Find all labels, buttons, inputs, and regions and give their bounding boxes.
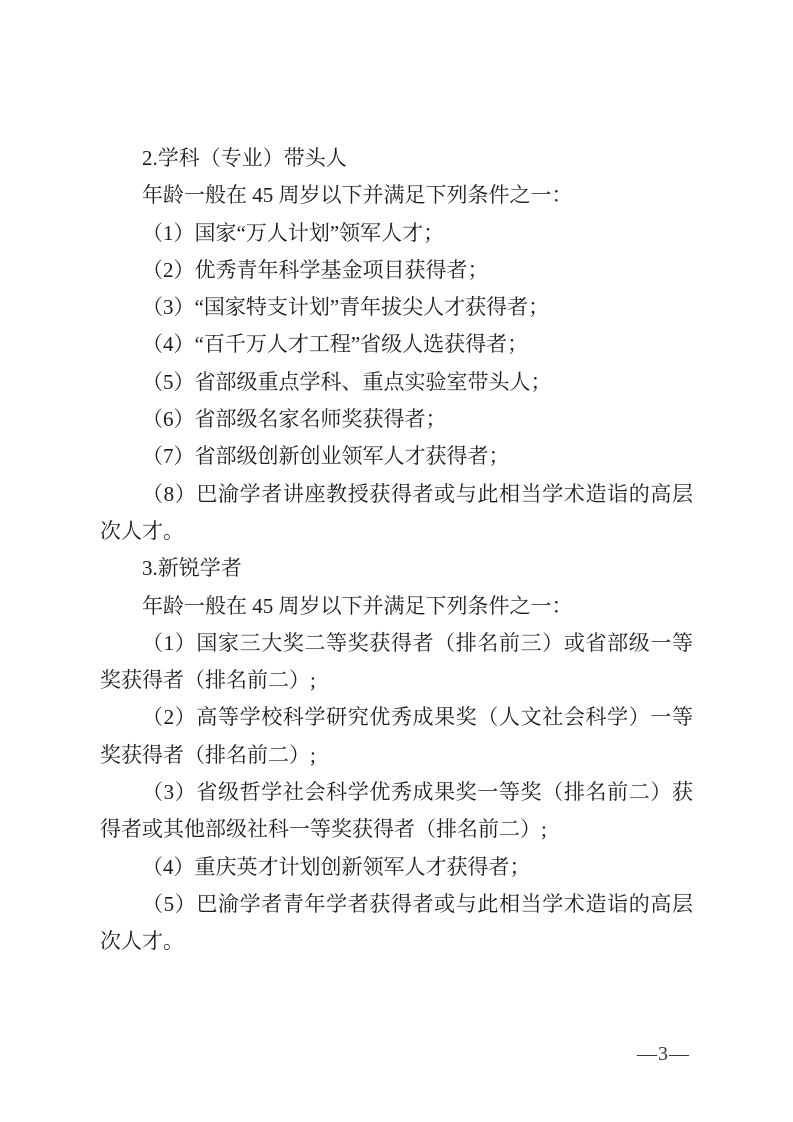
list-item: （3）“国家特支计划”青年拔尖人才获得者；: [100, 289, 693, 326]
document-page: 2.学科（专业）带头人 年龄一般在 45 周岁以下并满足下列条件之一： （1）国…: [0, 0, 793, 1122]
list-item: （1）国家“万人计划”领军人才；: [100, 215, 693, 252]
list-item: （6）省部级名家名师奖获得者；: [100, 401, 693, 438]
section-intro-age-requirement: 年龄一般在 45 周岁以下并满足下列条件之一：: [100, 588, 693, 625]
list-item: （2）优秀青年科学基金项目获得者；: [100, 252, 693, 289]
list-item: （4）“百千万人才工程”省级人选获得者；: [100, 326, 693, 363]
list-item: （4）重庆英才计划创新领军人才获得者；: [100, 849, 693, 886]
list-item: （3）省级哲学社会科学优秀成果奖一等奖（排名前二）获得者或其他部级社科一等奖获得…: [100, 774, 693, 849]
list-item: （7）省部级创新创业领军人才获得者；: [100, 438, 693, 475]
page-number: —3—: [637, 1042, 690, 1066]
section-heading-emerging-scholar: 3.新锐学者: [100, 550, 693, 587]
list-item: （8）巴渝学者讲座教授获得者或与此相当学术造诣的高层次人才。: [100, 476, 693, 551]
document-body: 2.学科（专业）带头人 年龄一般在 45 周岁以下并满足下列条件之一： （1）国…: [100, 140, 693, 961]
list-item: （2）高等学校科学研究优秀成果奖（人文社会科学）一等奖获得者（排名前二）;: [100, 699, 693, 774]
list-item: （5）巴渝学者青年学者获得者或与此相当学术造诣的高层次人才。: [100, 886, 693, 961]
list-item: （5）省部级重点学科、重点实验室带头人；: [100, 364, 693, 401]
section-heading-subject-leader: 2.学科（专业）带头人: [100, 140, 693, 177]
list-item: （1）国家三大奖二等奖获得者（排名前三）或省部级一等奖获得者（排名前二）;: [100, 625, 693, 700]
section-intro-age-requirement: 年龄一般在 45 周岁以下并满足下列条件之一：: [100, 177, 693, 214]
